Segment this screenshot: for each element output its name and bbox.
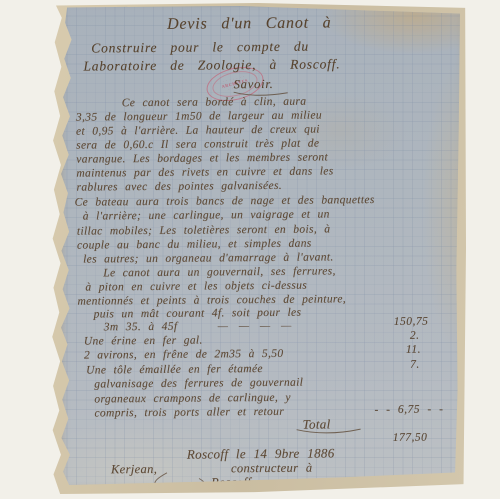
item-boat: 3m 35. à 45f bbox=[104, 321, 178, 334]
body-line-4: sera de 0,60.c Il sera construit très pl… bbox=[76, 137, 319, 151]
title-savoir: Savoir. bbox=[234, 77, 274, 92]
body-line-16: puis un mât courant 4f. soit pour les bbox=[94, 307, 302, 321]
item-galvanizing-1: galvanisage des ferrures de gouvernail bbox=[94, 377, 303, 391]
letter-paper: · · · · · · · ARCHIVES · · · · · Devis d… bbox=[57, 6, 462, 486]
item-anchor: Une érine en fer gal. bbox=[84, 334, 203, 347]
item-galvanizing-2: organeaux crampons de carlingue, y bbox=[94, 392, 291, 406]
title-line-1: Devis d'un Canot à bbox=[167, 14, 332, 33]
body-line-6: maintenus par des rivets en cuivre et da… bbox=[76, 165, 333, 179]
item-scoop: Une tôle émaillée en fer étamée bbox=[86, 363, 263, 377]
item-oars: 2 avirons, en frêne de 2m35 à 5,50 bbox=[84, 348, 284, 362]
title-line-2: Construire pour le compte du bbox=[91, 39, 309, 57]
signature-role: constructeur à bbox=[231, 461, 313, 477]
price-scoop: 7. bbox=[410, 359, 420, 371]
body-line-10: tillac mobiles; Les toletières seront en… bbox=[77, 223, 331, 237]
body-line-1: Ce canot sera bordé à clin, aura bbox=[122, 96, 307, 110]
price-galvanizing: - - 6,75 - - bbox=[374, 403, 443, 416]
price-anchor: 2. bbox=[410, 330, 420, 342]
item-rule: — — — — bbox=[218, 320, 294, 333]
document-scan: · · · · · · · ARCHIVES · · · · · Devis d… bbox=[0, 0, 500, 499]
price-boat: 150,75 bbox=[394, 316, 429, 328]
body-line-3: et 0,95 à l'arrière. La hauteur de creux… bbox=[76, 123, 320, 137]
body-line-7: rablures avec des pointes galvanisées. bbox=[76, 180, 282, 194]
body-line-9: à l'arrière; une carlingue, un vaigrage … bbox=[83, 208, 330, 222]
manuscript-text-layer: Devis d'un Canot àConstruire pour le com… bbox=[55, 4, 464, 488]
total-value: 177,50 bbox=[393, 432, 428, 444]
body-line-2: 3,35 de longueur 1m50 de largeur au mili… bbox=[76, 109, 322, 123]
body-line-5: varangue. Les bordages et les membres se… bbox=[76, 151, 328, 165]
total-label: Total bbox=[302, 416, 330, 432]
title-line-3: Laboratoire de Zoologie, à Roscoff. bbox=[83, 56, 340, 74]
signature-name: Kerjean, bbox=[111, 462, 157, 477]
body-line-11: couple au banc du milieu, et simples dan… bbox=[77, 238, 312, 252]
price-oars: 11. bbox=[406, 344, 421, 356]
body-line-12: les autres; un organeau d'amarrage à l'a… bbox=[83, 251, 334, 265]
body-line-14: à piton en cuivre et les objets ci-dessu… bbox=[85, 280, 307, 294]
body-line-13: Le canot aura un gouvernail, ses ferrure… bbox=[103, 265, 336, 279]
body-line-8: Ce bateau aura trois bancs de nage et de… bbox=[75, 194, 375, 209]
item-galvanizing-3: compris, trois ports aller et retour bbox=[94, 406, 284, 420]
body-line-15: mentionnés et peints à trois couches de … bbox=[77, 293, 346, 307]
